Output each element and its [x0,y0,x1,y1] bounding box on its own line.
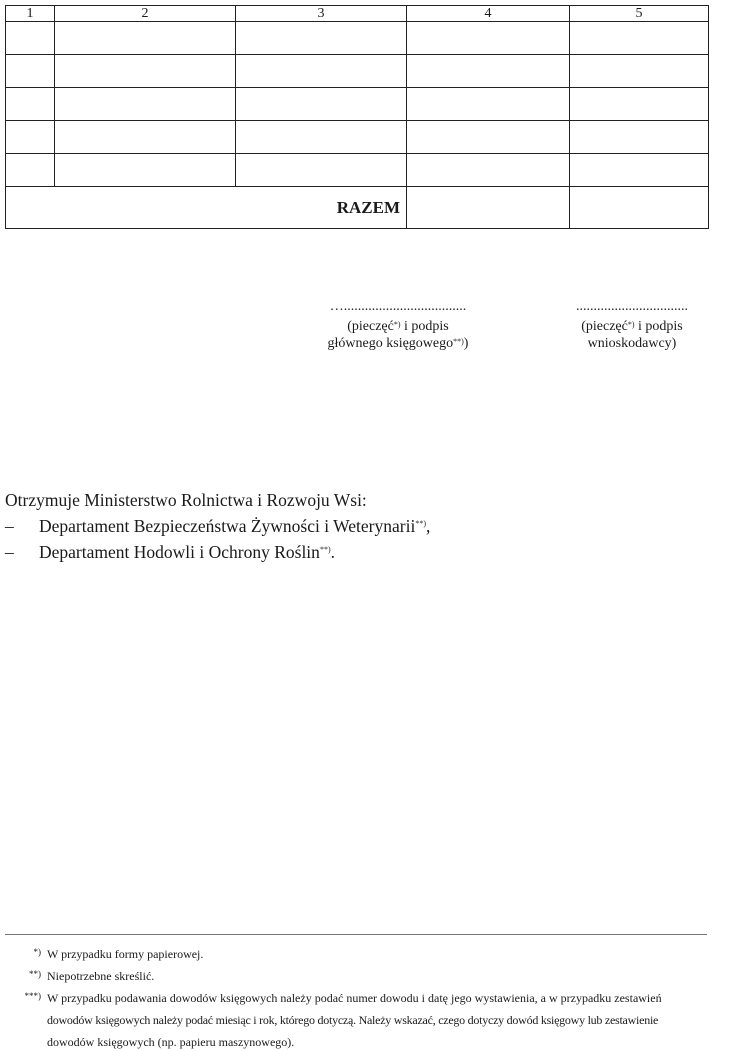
table-cell[interactable] [55,22,236,55]
total-cell[interactable] [570,187,709,229]
table-cell[interactable] [407,121,570,154]
applicant-signature: ................................ (pieczę… [552,302,712,352]
table-cell[interactable] [407,154,570,187]
table-cell[interactable] [6,121,55,154]
footnote-divider [5,934,707,935]
table-cell[interactable] [6,55,55,88]
recipients-heading: Otrzymuje Ministerstwo Rolnictwa i Rozwo… [5,487,430,513]
signature-line: …................................... [298,302,498,312]
table-cell[interactable] [570,88,709,121]
table-cell[interactable] [55,55,236,88]
table-header-row: 1 2 3 4 5 [6,6,709,22]
table-cell[interactable] [236,22,407,55]
table-cell[interactable] [570,154,709,187]
footnote: *) W przypadku formy papierowej. [47,943,203,965]
column-header: 2 [55,6,236,22]
table-cell[interactable] [55,88,236,121]
signature-caption: (pieczęć*) i podpis [552,318,712,335]
list-item: – Departament Hodowli i Ochrony Roślin**… [5,539,430,565]
signature-line: ................................ [552,302,712,312]
table-row [6,88,709,121]
table-cell[interactable] [570,121,709,154]
table-row [6,154,709,187]
column-header: 1 [6,6,55,22]
table-cell[interactable] [6,22,55,55]
recipients-section: Otrzymuje Ministerstwo Rolnictwa i Rozwo… [5,487,430,565]
total-row: RAZEM [6,187,709,229]
accountant-signature: …................................... (pi… [298,302,498,352]
total-label: RAZEM [6,187,407,229]
table-cell[interactable] [570,22,709,55]
table-cell[interactable] [6,88,55,121]
table-row [6,121,709,154]
signature-caption: głównego księgowego**)) [298,335,498,352]
signature-caption: (pieczęć*) i podpis [298,318,498,335]
column-header: 4 [407,6,570,22]
table-cell[interactable] [407,55,570,88]
table-cell[interactable] [407,88,570,121]
table-cell[interactable] [236,55,407,88]
footnote: ***) W przypadku podawania dowodów księg… [47,987,712,1051]
list-item: – Departament Bezpieczeństwa Żywności i … [5,513,430,539]
table-cell[interactable] [6,154,55,187]
table-cell[interactable] [236,88,407,121]
footnote: **) Niepotrzebne skreślić. [47,965,154,987]
signature-caption: wnioskodawcy) [552,335,712,352]
table-cell[interactable] [236,121,407,154]
table-row [6,22,709,55]
column-header: 3 [236,6,407,22]
table-cell[interactable] [407,22,570,55]
table-cell[interactable] [236,154,407,187]
total-cell[interactable] [407,187,570,229]
table-cell[interactable] [570,55,709,88]
form-table: 1 2 3 4 5 RAZEM [5,5,709,229]
table-cell[interactable] [55,121,236,154]
table-cell[interactable] [55,154,236,187]
column-header: 5 [570,6,709,22]
table-row [6,55,709,88]
